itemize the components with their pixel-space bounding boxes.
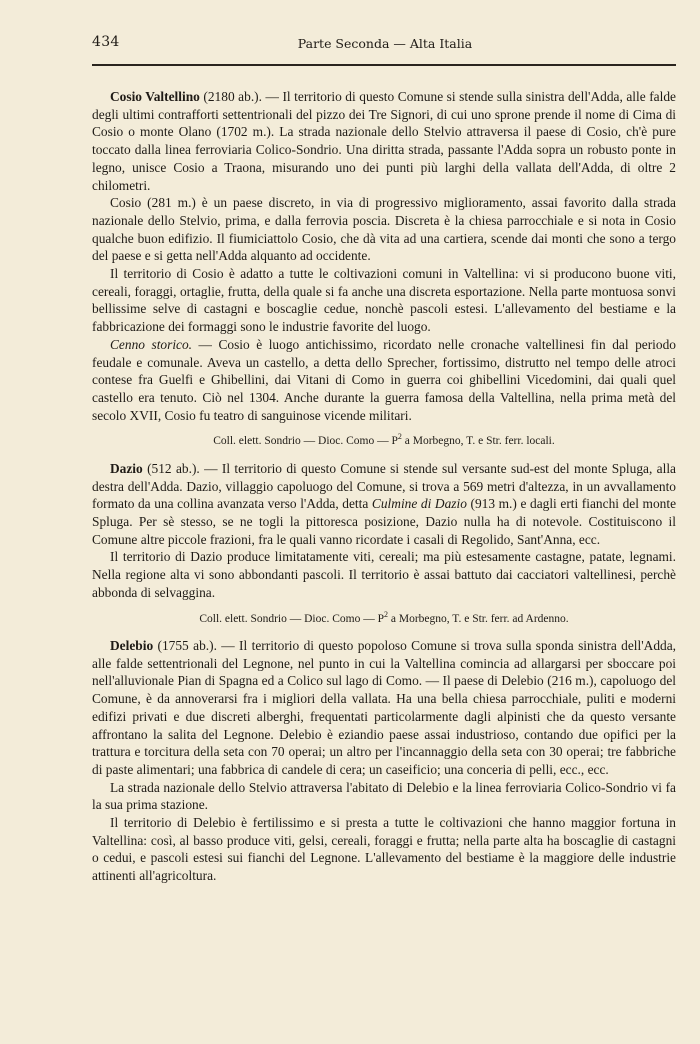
page-header: 434 Parte Seconda — Alta Italia — [92, 34, 678, 54]
entry-cosio-intro: Cosio Valtellino (2180 ab.). — Il territ… — [92, 88, 676, 194]
page-body: Cosio Valtellino (2180 ab.). — Il territ… — [92, 88, 676, 885]
entry-title-cosio: Cosio Valtellino — [110, 89, 200, 104]
paragraph: Il territorio di Dazio produce limitatam… — [92, 548, 676, 601]
entry-title-dazio: Dazio — [110, 461, 143, 476]
entry-title-delebio: Delebio — [110, 638, 153, 653]
running-title: Parte Seconda — Alta Italia — [92, 36, 678, 51]
paragraph: La strada nazionale dello Stelvio attrav… — [92, 779, 676, 814]
paragraph: Il territorio di Cosio è adatto a tutte … — [92, 265, 676, 336]
paragraph: Cosio (281 m.) è un paese discreto, in v… — [92, 194, 676, 265]
paragraph: Il territorio di Delebio è fertilissimo … — [92, 814, 676, 885]
collegio-note-dazio: Coll. elett. Sondrio — Dioc. Como — P2 a… — [92, 606, 676, 629]
header-rule — [92, 64, 676, 66]
book-page: 434 Parte Seconda — Alta Italia Cosio Va… — [0, 0, 700, 1044]
collegio-note-cosio: Coll. elett. Sondrio — Dioc. Como — P2 a… — [92, 428, 676, 451]
history-paragraph: Cenno storico. — Cosio è luogo antichiss… — [92, 336, 676, 425]
entry-dazio-intro: Dazio (512 ab.). — Il territorio di ques… — [92, 460, 676, 549]
entry-delebio-intro: Delebio (1755 ab.). — Il territorio di q… — [92, 637, 676, 779]
history-label: Cenno storico. — [110, 337, 192, 352]
